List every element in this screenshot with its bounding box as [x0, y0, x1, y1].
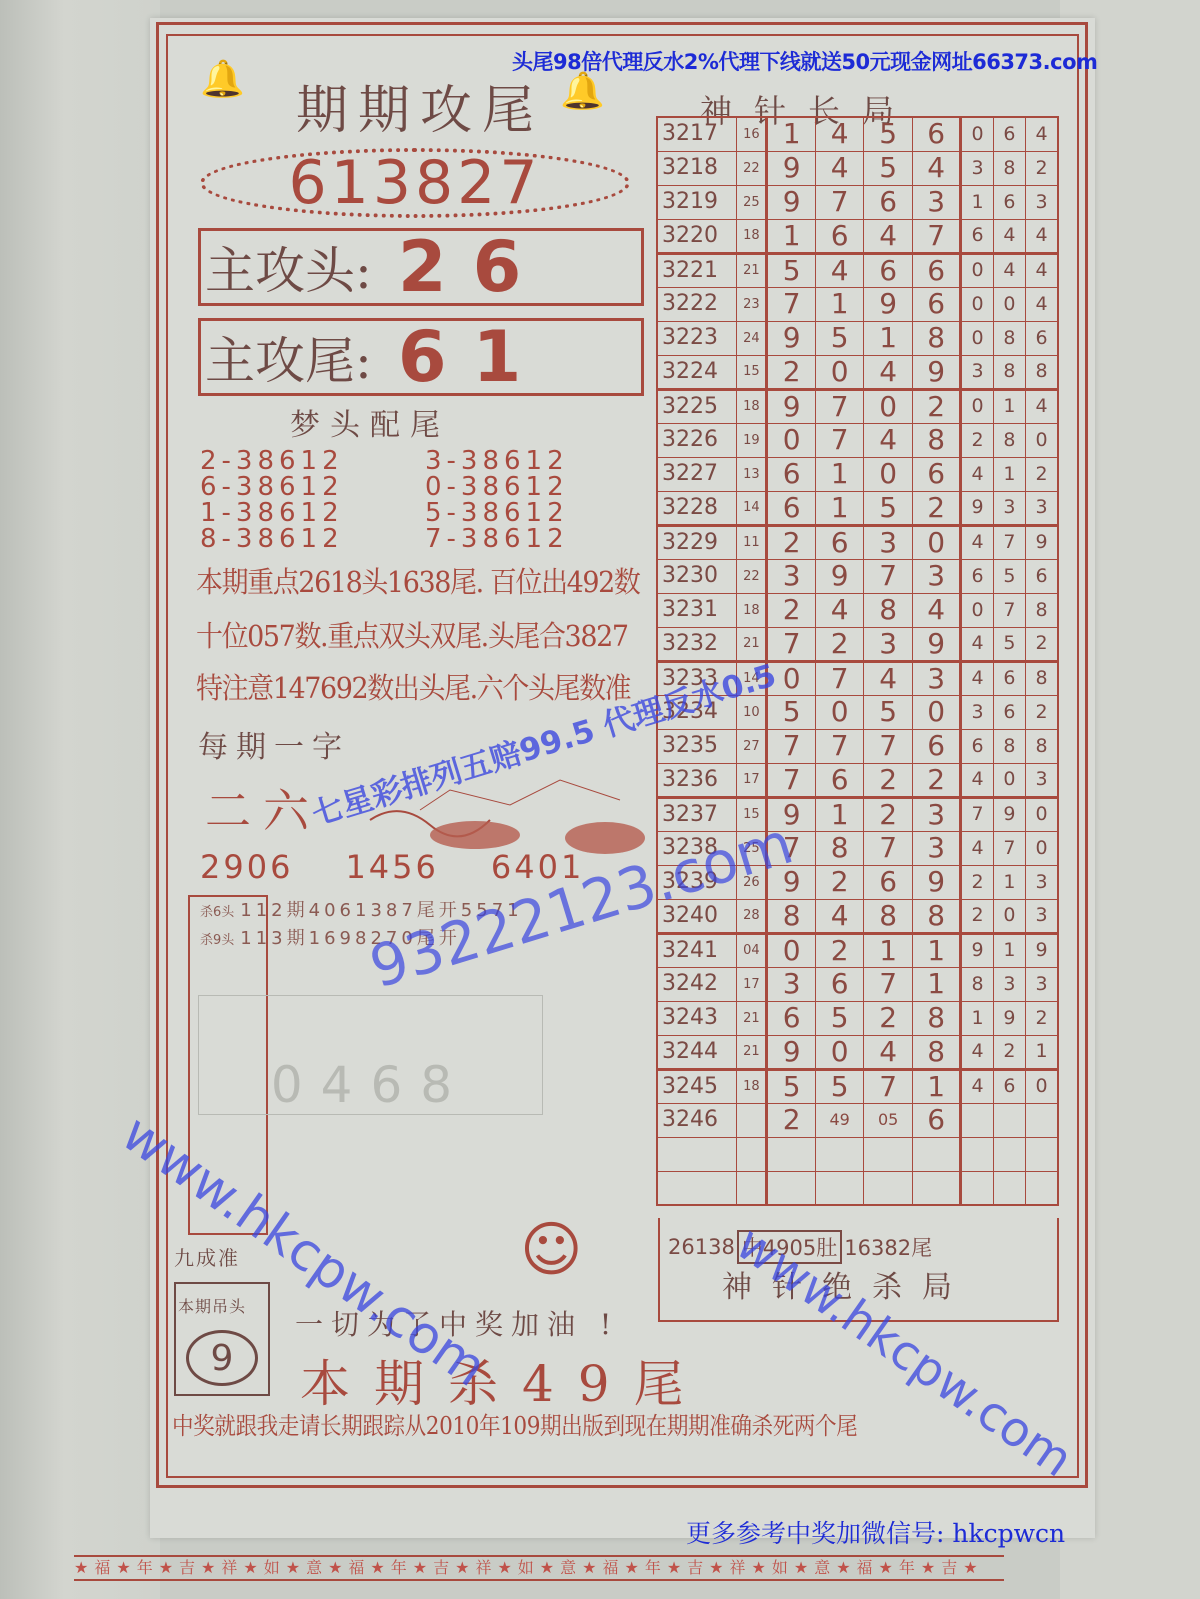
digit-cell: 0: [912, 525, 961, 559]
table-row: 3228146152933: [657, 491, 1058, 525]
issue-number-cell: 3229: [657, 525, 737, 559]
pairing-item: 2-38612: [200, 448, 425, 474]
issue-number-cell: 3231: [657, 593, 737, 627]
extra-digit-cell: 0: [961, 389, 993, 423]
extra-digit-cell: 1: [1026, 1035, 1058, 1069]
extra-digit-cell: 9: [993, 797, 1025, 831]
extra-digit-cell: 6: [993, 695, 1025, 729]
extra-digit-cell: 8: [993, 729, 1025, 763]
extra-digit-cell: 9: [961, 491, 993, 525]
main-tail-box: 主攻尾: 61: [198, 318, 644, 396]
table-row: [657, 1171, 1058, 1205]
extra-digit-cell: 6: [1026, 559, 1058, 593]
extra-digit-cell: 7: [961, 797, 993, 831]
digit-cell: 3: [864, 627, 913, 661]
extra-digit-cell: 0: [961, 287, 993, 321]
table-row: 3217161456064: [657, 117, 1058, 151]
extra-digit-cell: 4: [961, 1035, 993, 1069]
digit-cell: [767, 1171, 816, 1205]
extra-digit-cell: 4: [961, 525, 993, 559]
extra-digit-cell: 0: [993, 763, 1025, 797]
table-row: 3218229454382: [657, 151, 1058, 185]
extra-digit-cell: 8: [1026, 661, 1058, 695]
sum-cell: 13: [737, 457, 767, 491]
digit-cell: 7: [767, 729, 816, 763]
extra-digit-cell: 4: [961, 661, 993, 695]
extra-digit-cell: 2: [1026, 1001, 1058, 1035]
sum-cell: 18: [737, 593, 767, 627]
digit-cell: 5: [815, 1069, 864, 1103]
extra-digit-cell: 4: [961, 627, 993, 661]
digit-cell: 4: [912, 593, 961, 627]
digit-cell: 5: [767, 1069, 816, 1103]
digit-cell: 4: [864, 219, 913, 253]
sum-cell: [737, 1171, 767, 1205]
hang-head-label: 本期吊头: [178, 1294, 246, 1317]
extra-digit-cell: 1: [993, 933, 1025, 967]
table-row: 3231182484078: [657, 593, 1058, 627]
sum-cell: 22: [737, 151, 767, 185]
sum-cell: 18: [737, 1069, 767, 1103]
extra-digit-cell: 3: [961, 151, 993, 185]
extra-digit-cell: 2: [1026, 627, 1058, 661]
digit-cell: 6: [815, 967, 864, 1001]
digit-cell: 4: [864, 661, 913, 695]
extra-digit-cell: 0: [961, 593, 993, 627]
digit-cell: 7: [815, 661, 864, 695]
issue-number-cell: 3220: [657, 219, 737, 253]
extra-digit-cell: 0: [961, 117, 993, 151]
digit-cell: 4: [815, 151, 864, 185]
digit-cell: 7: [815, 185, 864, 219]
digit-cell: 7: [864, 1069, 913, 1103]
digit-cell: 1: [912, 933, 961, 967]
extra-digit-cell: 0: [1026, 831, 1058, 865]
table-row: 3245185571460: [657, 1069, 1058, 1103]
digit-cell: 6: [912, 457, 961, 491]
issue-number-cell: 3226: [657, 423, 737, 457]
digit-cell: 9: [912, 355, 961, 389]
digit-cell: 2: [864, 1001, 913, 1035]
extra-digit-cell: 9: [993, 1001, 1025, 1035]
extra-digit-cell: 8: [1026, 593, 1058, 627]
issue-number-cell: 3218: [657, 151, 737, 185]
table-row: 3230223973656: [657, 559, 1058, 593]
extra-digit-cell: 4: [993, 253, 1025, 287]
extra-digit-cell: 8: [993, 151, 1025, 185]
table-row: 3241040211919: [657, 933, 1058, 967]
digit-cell: 1: [815, 797, 864, 831]
table-row: 3223249518086: [657, 321, 1058, 355]
sum-cell: 14: [737, 491, 767, 525]
digit-cell: 3: [912, 661, 961, 695]
sum-cell: 27: [737, 729, 767, 763]
digit-cell: 8: [864, 899, 913, 933]
digit-cell: 1: [815, 287, 864, 321]
extra-digit-cell: 8: [993, 321, 1025, 355]
extra-digit-cell: 5: [993, 559, 1025, 593]
extra-digit-cell: 1: [993, 865, 1025, 899]
wechat-promo: 更多参考中奖加微信号: hkcpwcn: [686, 1514, 1065, 1550]
sum-cell: 21: [737, 253, 767, 287]
kill-tag: 杀6头: [200, 905, 234, 920]
issue-number-cell: [657, 1171, 737, 1205]
digit-cell: 9: [767, 185, 816, 219]
extra-digit-cell: 2: [961, 899, 993, 933]
extra-digit-cell: 4: [1026, 117, 1058, 151]
extra-digit-cell: 3: [1026, 185, 1058, 219]
digit-cell: 2: [767, 593, 816, 627]
digit-cell: 0: [815, 1035, 864, 1069]
digit-cell: 7: [864, 967, 913, 1001]
digit-cell: 9: [767, 321, 816, 355]
digit-cell: 2: [912, 763, 961, 797]
table-row: 3246249056: [657, 1103, 1058, 1137]
note-line: 十位057数.重点双头双尾.头尾合3827: [196, 614, 628, 655]
digit-cell: 6: [912, 253, 961, 287]
digit-cell: 49: [815, 1103, 864, 1137]
digit-cell: 8: [912, 423, 961, 457]
digit-cell: 6: [767, 457, 816, 491]
extra-digit-cell: 4: [961, 1069, 993, 1103]
note-line: 特注意147692数出头尾.六个头尾数准: [196, 666, 628, 707]
digit-cell: [864, 1171, 913, 1205]
issue-number-cell: 3243: [657, 1001, 737, 1035]
faded-show-through-box: 0468: [198, 995, 543, 1115]
extra-digit-cell: 4: [1026, 389, 1058, 423]
extra-digit-cell: 4: [993, 219, 1025, 253]
sum-cell: 04: [737, 933, 767, 967]
digit-cell: 5: [864, 151, 913, 185]
sum-cell: 23: [737, 287, 767, 321]
digit-cell: 9: [767, 389, 816, 423]
extra-digit-cell: [961, 1171, 993, 1205]
issue-number-cell: 3232: [657, 627, 737, 661]
digit-cell: 7: [767, 763, 816, 797]
table-row: 3229112630479: [657, 525, 1058, 559]
digit-cell: 1: [864, 933, 913, 967]
digit-cell: 3: [912, 559, 961, 593]
extra-digit-cell: 4: [961, 763, 993, 797]
sum-cell: 15: [737, 355, 767, 389]
extra-digit-cell: 1: [993, 389, 1025, 423]
extra-digit-cell: [1026, 1103, 1058, 1137]
extra-digit-cell: 3: [1026, 865, 1058, 899]
top-banner: 头尾98倍代理反水2%代理下线就送50元现金网址66373.com: [512, 46, 1192, 76]
decorative-border-strip: ★福★年★吉★祥★如★意★福★年★吉★祥★如★意★福★年★吉★祥★如★意★福★年…: [74, 1555, 1004, 1581]
issue-number-cell: 3221: [657, 253, 737, 287]
history-table: 3217161456064321822945438232192597631633…: [656, 116, 1059, 1206]
digit-cell: 0: [767, 423, 816, 457]
digit-cell: 8: [912, 1035, 961, 1069]
sum-cell: 19: [737, 423, 767, 457]
digit-cell: 6: [767, 1001, 816, 1035]
digit-cell: 2: [767, 355, 816, 389]
sum-cell: 17: [737, 967, 767, 1001]
extra-digit-cell: 0: [1026, 1069, 1058, 1103]
table-row: [657, 1137, 1058, 1171]
extra-digit-cell: 6: [961, 729, 993, 763]
table-row: 3221215466044: [657, 253, 1058, 287]
table-row: 3237159123790: [657, 797, 1058, 831]
digit-cell: 2: [864, 763, 913, 797]
table-row: 3220181647644: [657, 219, 1058, 253]
extra-digit-cell: 7: [993, 831, 1025, 865]
digit-cell: [815, 1137, 864, 1171]
digit-cell: 9: [815, 559, 864, 593]
issue-number-cell: 3228: [657, 491, 737, 525]
pairing-item: 1-38612: [200, 500, 425, 526]
digit-cell: 2: [815, 865, 864, 899]
sheet-title: 期期攻尾: [290, 68, 550, 143]
extra-digit-cell: 1: [961, 185, 993, 219]
digit-cell: 7: [864, 729, 913, 763]
extra-digit-cell: 4: [961, 457, 993, 491]
extra-digit-cell: 3: [961, 355, 993, 389]
extra-digit-cell: 8: [1026, 355, 1058, 389]
issue-number-cell: 3224: [657, 355, 737, 389]
digit-cell: 2: [767, 1103, 816, 1137]
main-tail-value: 61: [398, 316, 547, 398]
digit-cell: 4: [864, 1035, 913, 1069]
table-row: 3243216528192: [657, 1001, 1058, 1035]
extra-digit-cell: 5: [993, 627, 1025, 661]
extra-digit-cell: 6: [961, 559, 993, 593]
digit-cell: 5: [864, 491, 913, 525]
digit-cell: 6: [864, 253, 913, 287]
digit-cell: 0: [767, 933, 816, 967]
main-head-label: 主攻头:: [201, 231, 372, 303]
issue-number-cell: 3227: [657, 457, 737, 491]
digit-cell: 6: [864, 865, 913, 899]
digit-cell: 6: [864, 185, 913, 219]
pairing-grid: 2-38612 3-38612 6-38612 0-38612 1-38612 …: [200, 448, 650, 552]
digit-cell: 6: [767, 491, 816, 525]
bottom-right-number: 16382尾: [844, 1232, 932, 1262]
sum-cell: 17: [737, 763, 767, 797]
extra-digit-cell: 6: [993, 1069, 1025, 1103]
issue-number-cell: 3222: [657, 287, 737, 321]
sum-cell: 18: [737, 389, 767, 423]
hang-head-value: 9: [186, 1330, 258, 1386]
table-row: 3232217239452: [657, 627, 1058, 661]
sum-cell: 25: [737, 185, 767, 219]
extra-digit-cell: 8: [1026, 729, 1058, 763]
extra-digit-cell: 6: [961, 219, 993, 253]
extra-digit-cell: [993, 1103, 1025, 1137]
digit-cell: 0: [912, 695, 961, 729]
digit-cell: 1: [767, 219, 816, 253]
digit-cell: 5: [767, 253, 816, 287]
pairing-title: 梦头配尾: [290, 400, 450, 444]
digit-cell: 3: [767, 967, 816, 1001]
digit-cell: 4: [815, 117, 864, 151]
digit-cell: 05: [864, 1103, 913, 1137]
digit-cell: [767, 1137, 816, 1171]
digit-cell: 6: [912, 117, 961, 151]
extra-digit-cell: 3: [1026, 763, 1058, 797]
sum-cell: 11: [737, 525, 767, 559]
daily-value: 二六: [205, 775, 321, 841]
extra-digit-cell: [961, 1103, 993, 1137]
digit-cell: 9: [767, 1035, 816, 1069]
table-row: 3225189702014: [657, 389, 1058, 423]
issue-number-cell: 3241: [657, 933, 737, 967]
extra-digit-cell: 1: [961, 1001, 993, 1035]
digit-cell: 2: [815, 627, 864, 661]
digit-cell: 8: [864, 593, 913, 627]
digit-cell: 7: [767, 287, 816, 321]
extra-digit-cell: 0: [993, 287, 1025, 321]
sum-cell: 28: [737, 899, 767, 933]
extra-digit-cell: 3: [1026, 967, 1058, 1001]
table-row: 3226190748280: [657, 423, 1058, 457]
issue-number-cell: 3236: [657, 763, 737, 797]
digit-cell: 6: [912, 729, 961, 763]
extra-digit-cell: 6: [993, 185, 1025, 219]
extra-digit-cell: 0: [961, 253, 993, 287]
digit-cell: 7: [815, 389, 864, 423]
extra-digit-cell: 4: [1026, 219, 1058, 253]
extra-digit-cell: 2: [961, 865, 993, 899]
digit-cell: [864, 1137, 913, 1171]
pairing-item: 0-38612: [425, 474, 650, 500]
pairing-item: 6-38612: [200, 474, 425, 500]
digit-cell: 2: [815, 933, 864, 967]
digit-cell: 5: [767, 695, 816, 729]
digit-cell: 2: [767, 525, 816, 559]
digit-cell: 3: [864, 525, 913, 559]
digit-cell: 2: [864, 797, 913, 831]
pairing-item: 5-38612: [425, 500, 650, 526]
digit-cell: 2: [912, 389, 961, 423]
issue-number-cell: 3245: [657, 1069, 737, 1103]
extra-digit-cell: 6: [993, 117, 1025, 151]
sum-cell: [737, 1137, 767, 1171]
sum-cell: 24: [737, 321, 767, 355]
extra-digit-cell: 8: [961, 967, 993, 1001]
digit-cell: 6: [815, 525, 864, 559]
digit-cell: 0: [864, 389, 913, 423]
extra-digit-cell: [1026, 1171, 1058, 1205]
digit-cell: 8: [912, 321, 961, 355]
extra-digit-cell: 6: [993, 661, 1025, 695]
footer-text: 中奖就跟我走请长期跟踪从2010年109期出版到现在期期准确杀死两个尾: [172, 1406, 991, 1441]
digit-cell: 0: [815, 695, 864, 729]
digit-cell: 4: [864, 355, 913, 389]
issue-number-cell: 3244: [657, 1035, 737, 1069]
main-head-value: 26: [398, 226, 547, 308]
digit-cell: 7: [864, 559, 913, 593]
digit-cell: 3: [912, 185, 961, 219]
digit-cell: 5: [815, 1001, 864, 1035]
bell-icon: 🔔: [200, 58, 245, 100]
extra-digit-cell: 4: [1026, 253, 1058, 287]
digit-cell: 4: [815, 253, 864, 287]
extra-digit-cell: 3: [993, 491, 1025, 525]
extra-digit-cell: 3: [1026, 491, 1058, 525]
kill-tag: 杀9头: [200, 933, 234, 948]
digit-cell: 2: [912, 491, 961, 525]
digit-cell: [912, 1171, 961, 1205]
number-item: 2906: [200, 848, 293, 886]
digit-cell: [912, 1137, 961, 1171]
digit-cell: 7: [912, 219, 961, 253]
digit-cell: 7: [767, 627, 816, 661]
digit-cell: 7: [815, 423, 864, 457]
digit-cell: 4: [864, 423, 913, 457]
sum-cell: 16: [737, 117, 767, 151]
extra-digit-cell: 0: [993, 899, 1025, 933]
extra-digit-cell: 8: [993, 355, 1025, 389]
sum-cell: 22: [737, 559, 767, 593]
digit-cell: 3: [912, 831, 961, 865]
digit-cell: 7: [815, 729, 864, 763]
digit-cell: 3: [912, 797, 961, 831]
extra-digit-cell: 4: [1026, 287, 1058, 321]
extra-digit-cell: 2: [1026, 457, 1058, 491]
table-row: 3227136106412: [657, 457, 1058, 491]
pairing-item: 3-38612: [425, 448, 650, 474]
pairing-item: 7-38612: [425, 526, 650, 552]
sum-cell: 21: [737, 1035, 767, 1069]
table-row: 3219259763163: [657, 185, 1058, 219]
sum-cell: [737, 1103, 767, 1137]
bell-icon: 🔔: [560, 70, 605, 112]
extra-digit-cell: [1026, 1137, 1058, 1171]
extra-digit-cell: 3: [1026, 899, 1058, 933]
main-tail-label: 主攻尾:: [201, 321, 372, 393]
extra-digit-cell: 3: [961, 695, 993, 729]
extra-digit-cell: [993, 1137, 1025, 1171]
extra-digit-cell: 2: [1026, 695, 1058, 729]
issue-number-cell: [657, 1137, 737, 1171]
extra-digit-cell: 1: [993, 457, 1025, 491]
digit-cell: 1: [815, 457, 864, 491]
table-row: 3242173671833: [657, 967, 1058, 1001]
digit-cell: 3: [767, 559, 816, 593]
table-row: 3236177622403: [657, 763, 1058, 797]
digit-cell: 6: [815, 763, 864, 797]
digit-cell: 4: [815, 899, 864, 933]
extra-digit-cell: 0: [1026, 797, 1058, 831]
digit-cell: 4: [815, 593, 864, 627]
issue-number-cell: 3219: [657, 185, 737, 219]
extra-digit-cell: [993, 1171, 1025, 1205]
mascot-icon: ☺: [520, 1215, 583, 1285]
table-row: 3222237196004: [657, 287, 1058, 321]
extra-digit-cell: 2: [961, 423, 993, 457]
issue-number-cell: 3246: [657, 1103, 737, 1137]
digit-cell: 8: [912, 1001, 961, 1035]
background-left: [0, 0, 160, 1599]
note-line: 本期重点2618头1638尾. 百位出492数: [196, 560, 628, 601]
digit-cell: 1: [912, 967, 961, 1001]
digit-cell: 9: [864, 287, 913, 321]
extra-digit-cell: 7: [993, 593, 1025, 627]
extra-digit-cell: 7: [993, 525, 1025, 559]
digit-cell: 6: [912, 287, 961, 321]
extra-digit-cell: [961, 1137, 993, 1171]
bottom-left-number: 26138: [668, 1235, 735, 1259]
extra-digit-cell: 8: [993, 423, 1025, 457]
issue-number-cell: 3223: [657, 321, 737, 355]
digit-cell: 5: [864, 117, 913, 151]
digit-cell: 8: [815, 831, 864, 865]
extra-digit-cell: 3: [993, 967, 1025, 1001]
table-row: 3224152049388: [657, 355, 1058, 389]
digit-cell: 5: [815, 321, 864, 355]
